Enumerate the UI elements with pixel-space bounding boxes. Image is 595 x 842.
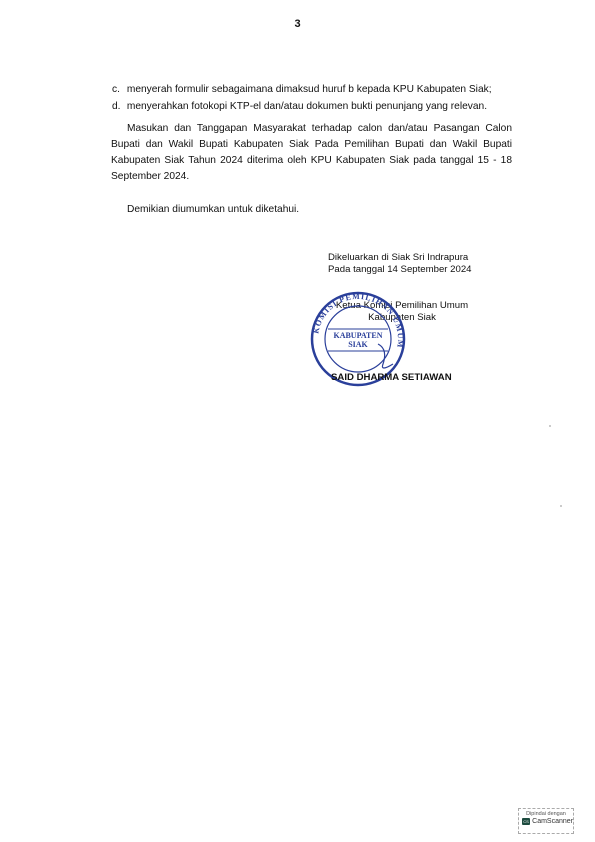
page-number: 3 bbox=[0, 18, 595, 30]
camscanner-logo-icon: CS bbox=[522, 818, 530, 825]
list-item-c: c. menyerah formulir sebagaimana dimaksu… bbox=[112, 84, 492, 95]
body-paragraph: Masukan dan Tanggapan Masyarakat terhada… bbox=[111, 121, 512, 185]
issued-date: Pada tanggal 14 September 2024 bbox=[328, 264, 472, 275]
svg-text:KABUPATEN: KABUPATEN bbox=[333, 331, 382, 340]
list-text: menyerahkan fotokopi KTP-el dan/atau dok… bbox=[127, 101, 487, 112]
list-label: d. bbox=[112, 101, 124, 112]
list-label: c. bbox=[112, 84, 124, 95]
signatory-name: SAID DHARMA SETIAWAN bbox=[331, 372, 452, 383]
camscanner-watermark: Dipindai dengan CS CamScanner bbox=[518, 808, 574, 834]
list-item-d: d. menyerahkan fotokopi KTP-el dan/atau … bbox=[112, 101, 487, 112]
paragraph-text: Masukan dan Tanggapan Masyarakat terhada… bbox=[111, 123, 512, 182]
scan-speck bbox=[549, 425, 551, 427]
watermark-brand: CamScanner bbox=[532, 818, 573, 825]
scan-speck bbox=[560, 505, 562, 507]
svg-text:SIAK: SIAK bbox=[348, 340, 368, 349]
watermark-caption: Dipindai dengan bbox=[519, 811, 573, 817]
closing-statement: Demikian diumumkan untuk diketahui. bbox=[127, 204, 299, 215]
list-text: menyerah formulir sebagaimana dimaksud h… bbox=[127, 84, 492, 95]
issued-place: Dikeluarkan di Siak Sri Indrapura bbox=[328, 252, 468, 263]
